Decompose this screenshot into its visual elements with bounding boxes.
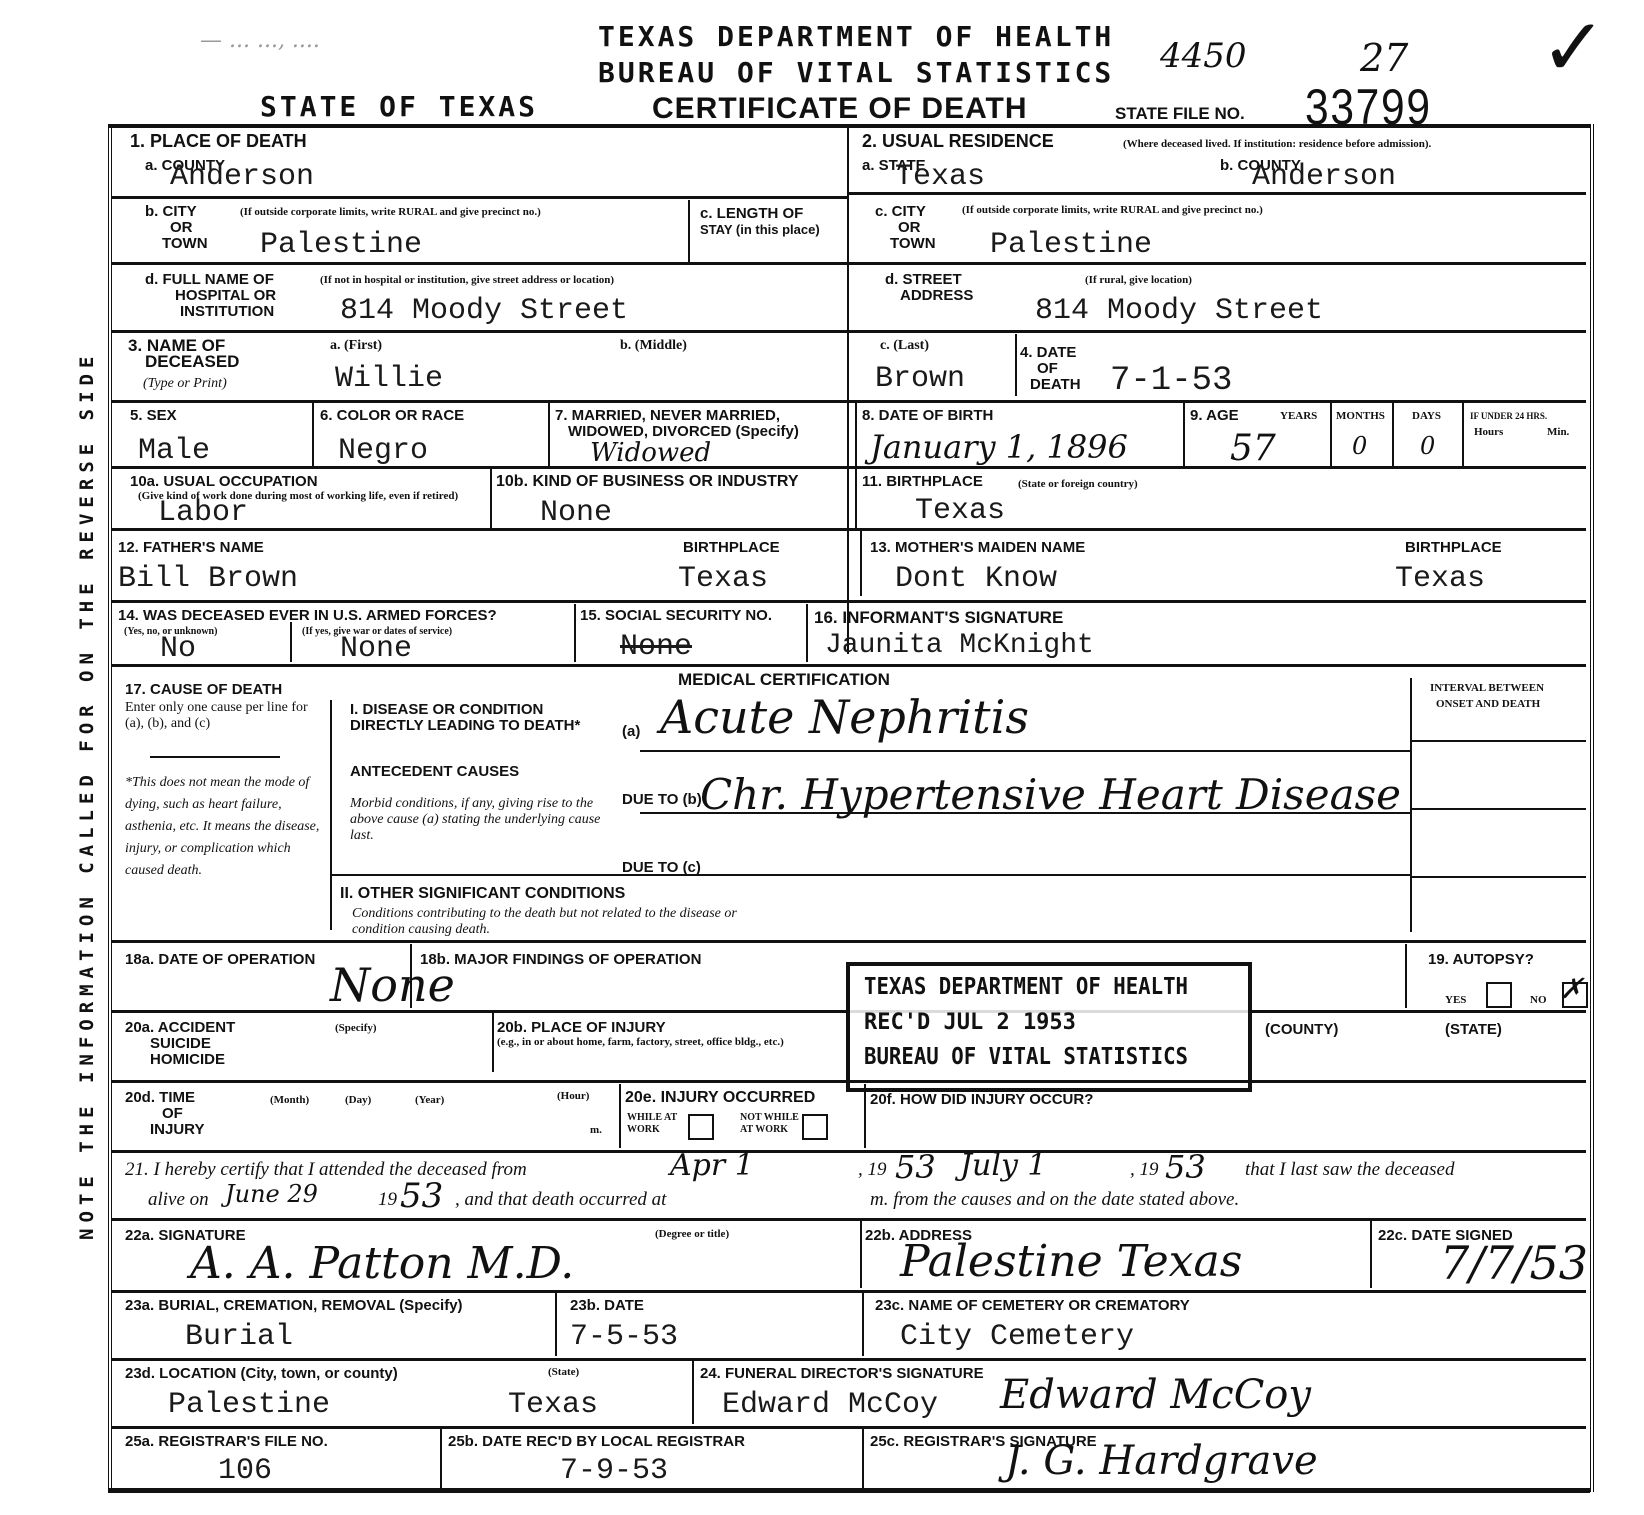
- funeral-director-signature: Edward McCoy: [1000, 1372, 1311, 1418]
- injury-month-label: (Month): [270, 1094, 309, 1106]
- dept-line-2: BUREAU OF VITAL STATISTICS: [598, 56, 1114, 89]
- side-note: NOTE THE INFORMATION CALLED FOR ON THE R…: [76, 351, 98, 1240]
- res-street-value: 814 Moody Street: [1035, 294, 1323, 328]
- age-years-value: 57: [1230, 428, 1276, 469]
- part1-label: I. DISEASE OR CONDITION: [350, 702, 543, 717]
- certificate-title: CERTIFICATE OF DEATH: [652, 92, 1028, 126]
- industry-value: None: [540, 496, 612, 530]
- cause-line-a: Acute Nephritis: [660, 690, 1029, 744]
- location-state-label: (State): [548, 1366, 579, 1378]
- length-of-stay-label: c. LENGTH OF: [700, 206, 803, 221]
- last-name-value: Brown: [875, 362, 965, 396]
- sex-label: 5. SEX: [130, 408, 177, 423]
- cause-footnote: *This does not mean the mode of dying, s…: [125, 772, 320, 882]
- cause-label: 17. CAUSE OF DEATH: [125, 682, 282, 697]
- injury-time-label-3: INJURY: [150, 1122, 204, 1137]
- injury-time-label-2: OF: [162, 1106, 183, 1121]
- res-city-label: c. CITY: [875, 204, 926, 219]
- state-title: STATE OF TEXAS: [260, 90, 538, 123]
- line-a-label: (a): [622, 724, 640, 739]
- injury-m-label: m.: [590, 1124, 602, 1136]
- injury-occurred-label: 20e. INJURY OCCURRED: [625, 1090, 815, 1105]
- funeral-director-typed: Edward McCoy: [722, 1388, 938, 1422]
- address-value: Palestine Texas: [900, 1236, 1242, 1287]
- cert-text-2: that I last saw the deceased: [1245, 1162, 1455, 1178]
- under-24-label: IF UNDER 24 HRS.: [1470, 410, 1547, 422]
- registrar-file-label: 25a. REGISTRAR'S FILE NO.: [125, 1434, 328, 1449]
- operation-value: None: [330, 958, 455, 1012]
- hours-label: Hours: [1474, 426, 1503, 438]
- cert-to-year: 53: [1165, 1148, 1206, 1186]
- name-label: 3. NAME OF: [128, 338, 225, 353]
- last-name-label: c. (Last): [880, 340, 929, 352]
- armed-forces-value: No: [160, 632, 196, 666]
- stamp-line-2: REC'D JUL 2 1953: [864, 1010, 1076, 1035]
- city-or-label: OR: [170, 220, 193, 235]
- date-signed-value: 7/7/53: [1440, 1236, 1588, 1290]
- first-name-label: a. (First): [330, 340, 382, 352]
- registrar-date-value: 7-9-53: [560, 1454, 668, 1488]
- handwritten-number-2: 27: [1360, 36, 1408, 80]
- city-note: (If outside corporate limits, write RURA…: [240, 206, 680, 218]
- injury-place-label: 20b. PLACE OF INJURY: [497, 1020, 666, 1035]
- hospital-label: d. FULL NAME OF: [145, 272, 274, 287]
- race-label: 6. COLOR OR RACE: [320, 408, 464, 423]
- state-file-label: STATE FILE NO.: [1115, 104, 1245, 124]
- burial-type-label: 23a. BURIAL, CREMATION, REMOVAL (Specify…: [125, 1298, 463, 1313]
- cert-to-date: July 1: [960, 1148, 1047, 1183]
- armed-forces-service: None: [340, 632, 412, 666]
- date-of-death-label-2: OF: [1037, 361, 1058, 376]
- father-birthplace-label: BIRTHPLACE: [683, 540, 780, 555]
- marital-value: Widowed: [590, 438, 711, 468]
- injury-state-label: (STATE): [1445, 1022, 1502, 1037]
- res-state-value: Texas: [895, 160, 985, 194]
- antecedent-label: ANTECEDENT CAUSES: [350, 764, 519, 779]
- marital-label: 7. MARRIED, NEVER MARRIED,: [555, 408, 780, 423]
- res-city-note: (If outside corporate limits, write RURA…: [962, 204, 1263, 216]
- res-county-value: Anderson: [1252, 160, 1396, 194]
- res-city-town-label: TOWN: [890, 236, 936, 251]
- registrar-signature: J. G. Hardgrave: [1005, 1438, 1318, 1484]
- cert-from-date: Apr 1: [670, 1148, 754, 1183]
- handwritten-number: 4450: [1160, 36, 1247, 76]
- age-days-label: DAYS: [1412, 410, 1441, 422]
- race-value: Negro: [338, 434, 428, 468]
- injury-specify: (Specify): [335, 1022, 377, 1034]
- interval-label-2: ONSET AND DEATH: [1436, 698, 1540, 710]
- father-birthplace-value: Texas: [678, 562, 768, 596]
- burial-type-value: Burial: [185, 1320, 293, 1354]
- marital-label-2: WIDOWED, DIVORCED (Specify): [568, 424, 799, 439]
- operation-date-label: 18a. DATE OF OPERATION: [125, 952, 315, 967]
- usual-residence-note: (Where deceased lived. If institution: r…: [1123, 138, 1563, 150]
- operation-findings-label: 18b. MAJOR FINDINGS OF OPERATION: [420, 952, 701, 967]
- birthplace-note: (State or foreign country): [1018, 478, 1138, 490]
- antecedent-note: Morbid conditions, if any, giving rise t…: [350, 796, 615, 844]
- injury-how-label: 20f. HOW DID INJURY OCCUR?: [870, 1092, 1093, 1107]
- informant-label: 16. INFORMANT'S SIGNATURE: [814, 610, 1063, 625]
- cert-last-seen: June 29: [225, 1180, 318, 1208]
- cert-alive-on: alive on: [148, 1192, 209, 1208]
- burial-date-value: 7-5-53: [570, 1320, 678, 1354]
- registrar-date-label: 25b. DATE REC'D BY LOCAL REGISTRAR: [448, 1434, 745, 1449]
- first-name-value: Willie: [335, 362, 443, 396]
- autopsy-no-mark: ✗: [1560, 972, 1583, 1005]
- faint-scribble: — ... ..., ....: [200, 28, 320, 53]
- informant-value: Jaunita McKnight: [825, 630, 1094, 661]
- line-b-label: DUE TO (b): [622, 792, 702, 807]
- length-of-stay-label-2: STAY (in this place): [700, 222, 820, 237]
- hospital-label-3: INSTITUTION: [180, 304, 274, 319]
- not-at-work-checkbox[interactable]: [802, 1114, 828, 1140]
- at-work-label: WHILE AT WORK: [627, 1112, 687, 1136]
- received-stamp: TEXAS DEPARTMENT OF HEALTH REC'D JUL 2 1…: [846, 962, 1252, 1092]
- cert-year-prefix-1: , 19: [858, 1162, 887, 1178]
- cert-last-seen-year: 53: [400, 1176, 443, 1216]
- date-of-death-label: 4. DATE: [1020, 345, 1076, 360]
- birth-date-value: January 1, 1896: [870, 428, 1128, 466]
- cemetery-label: 23c. NAME OF CEMETERY OR CREMATORY: [875, 1298, 1190, 1313]
- res-city-or-label: OR: [898, 220, 921, 235]
- name-note: (Type or Print): [143, 376, 227, 392]
- place-of-death-label: 1. PLACE OF DEATH: [130, 134, 307, 149]
- mother-value: Dont Know: [895, 562, 1057, 596]
- autopsy-label: 19. AUTOPSY?: [1428, 952, 1534, 967]
- location-state-value: Texas: [508, 1388, 598, 1422]
- part2-label: II. OTHER SIGNIFICANT CONDITIONS: [340, 886, 625, 901]
- autopsy-no-label: NO: [1530, 994, 1547, 1006]
- interval-label: INTERVAL BETWEEN: [1430, 682, 1544, 694]
- injury-type-label-2: SUICIDE: [150, 1036, 211, 1051]
- stamp-line-3: BUREAU OF VITAL STATISTICS: [864, 1044, 1188, 1070]
- not-at-work-label: NOT WHILE AT WORK: [740, 1112, 802, 1136]
- city-label: b. CITY: [145, 204, 197, 219]
- res-street-note: (If rural, give location): [1085, 274, 1192, 286]
- autopsy-yes-checkbox[interactable]: [1486, 982, 1512, 1008]
- age-years-label: YEARS: [1280, 410, 1317, 422]
- degree-label: (Degree or title): [655, 1228, 729, 1240]
- death-city-value: Palestine: [260, 228, 422, 262]
- res-street-label-2: ADDRESS: [900, 288, 973, 303]
- part1-label-2: DIRECTLY LEADING TO DEATH*: [350, 718, 580, 733]
- city-town-label: TOWN: [162, 236, 208, 251]
- injury-type-label-3: HOMICIDE: [150, 1052, 225, 1067]
- cert-year-prefix-2: , 19: [1130, 1162, 1159, 1178]
- ssn-value: None: [620, 630, 692, 664]
- middle-name-label: b. (Middle): [620, 340, 687, 352]
- age-days-value: 0: [1420, 432, 1435, 460]
- registrar-file-value: 106: [218, 1454, 272, 1488]
- birth-date-label: 8. DATE OF BIRTH: [862, 408, 993, 423]
- sex-value: Male: [138, 434, 210, 468]
- cert-year-prefix-3: 19: [378, 1192, 397, 1208]
- stamp-line-1: TEXAS DEPARTMENT OF HEALTH: [864, 974, 1188, 1000]
- death-county-value: Anderson: [170, 160, 314, 194]
- ssn-label: 15. SOCIAL SECURITY NO.: [580, 608, 772, 623]
- injury-place-note: (e.g., in or about home, farm, factory, …: [497, 1036, 807, 1048]
- min-label: Min.: [1547, 426, 1569, 438]
- injury-hour-label: (Hour): [557, 1090, 589, 1102]
- mother-birthplace-value: Texas: [1395, 562, 1485, 596]
- res-city-value: Palestine: [990, 228, 1152, 262]
- dept-line-1: TEXAS DEPARTMENT OF HEALTH: [598, 20, 1114, 53]
- injury-year-label: (Year): [415, 1094, 444, 1106]
- injury-day-label: (Day): [345, 1094, 371, 1106]
- name-label-2: DECEASED: [145, 354, 239, 369]
- location-label: 23d. LOCATION (City, town, or county): [125, 1366, 398, 1381]
- cemetery-value: City Cemetery: [900, 1320, 1134, 1354]
- medical-heading: MEDICAL CERTIFICATION: [678, 672, 890, 687]
- father-label: 12. FATHER'S NAME: [118, 540, 264, 555]
- industry-label: 10b. KIND OF BUSINESS OR INDUSTRY: [496, 474, 799, 489]
- funeral-director-label: 24. FUNERAL DIRECTOR'S SIGNATURE: [700, 1366, 984, 1381]
- res-street-label: d. STREET: [885, 272, 962, 287]
- cert-from-year: 53: [895, 1148, 936, 1186]
- check-mark-icon: ✓: [1540, 8, 1607, 88]
- occupation-value: Labor: [158, 496, 248, 530]
- line-c-label: DUE TO (c): [622, 860, 701, 875]
- date-of-death-label-3: DEATH: [1030, 377, 1081, 392]
- birthplace-value: Texas: [915, 494, 1005, 528]
- cert-text-3: , and that death occurred at: [455, 1192, 666, 1208]
- mother-label: 13. MOTHER'S MAIDEN NAME: [870, 540, 1085, 555]
- cert-text-1: 21. I hereby certify that I attended the…: [125, 1162, 527, 1178]
- age-label: 9. AGE: [1190, 408, 1239, 423]
- injury-county-label: (COUNTY): [1265, 1022, 1338, 1037]
- mother-birthplace-label: BIRTHPLACE: [1405, 540, 1502, 555]
- age-months-value: 0: [1352, 432, 1367, 460]
- injury-type-label: 20a. ACCIDENT: [125, 1020, 235, 1035]
- cause-note: Enter only one cause per line for (a), (…: [125, 700, 325, 732]
- location-city-value: Palestine: [168, 1388, 330, 1422]
- date-of-death-value: 7-1-53: [1110, 362, 1232, 400]
- hospital-value: 814 Moody Street: [340, 294, 628, 328]
- at-work-checkbox[interactable]: [688, 1114, 714, 1140]
- armed-forces-label: 14. WAS DECEASED EVER IN U.S. ARMED FORC…: [118, 608, 497, 623]
- age-months-label: MONTHS: [1336, 410, 1385, 422]
- birthplace-label: 11. BIRTHPLACE: [862, 474, 983, 489]
- father-value: Bill Brown: [118, 562, 298, 596]
- usual-residence-label: 2. USUAL RESIDENCE: [862, 134, 1054, 149]
- hospital-label-2: HOSPITAL OR: [175, 288, 276, 303]
- injury-time-label: 20d. TIME: [125, 1090, 195, 1105]
- physician-signature: A. A. Patton M.D.: [190, 1238, 574, 1289]
- burial-date-label: 23b. DATE: [570, 1298, 644, 1313]
- autopsy-yes-label: YES: [1445, 994, 1466, 1006]
- cert-text-4: m. from the causes and on the date state…: [870, 1192, 1239, 1208]
- part2-note: Conditions contributing to the death but…: [352, 906, 752, 938]
- occupation-label: 10a. USUAL OCCUPATION: [130, 474, 318, 489]
- hospital-note: (If not in hospital or institution, give…: [320, 274, 614, 286]
